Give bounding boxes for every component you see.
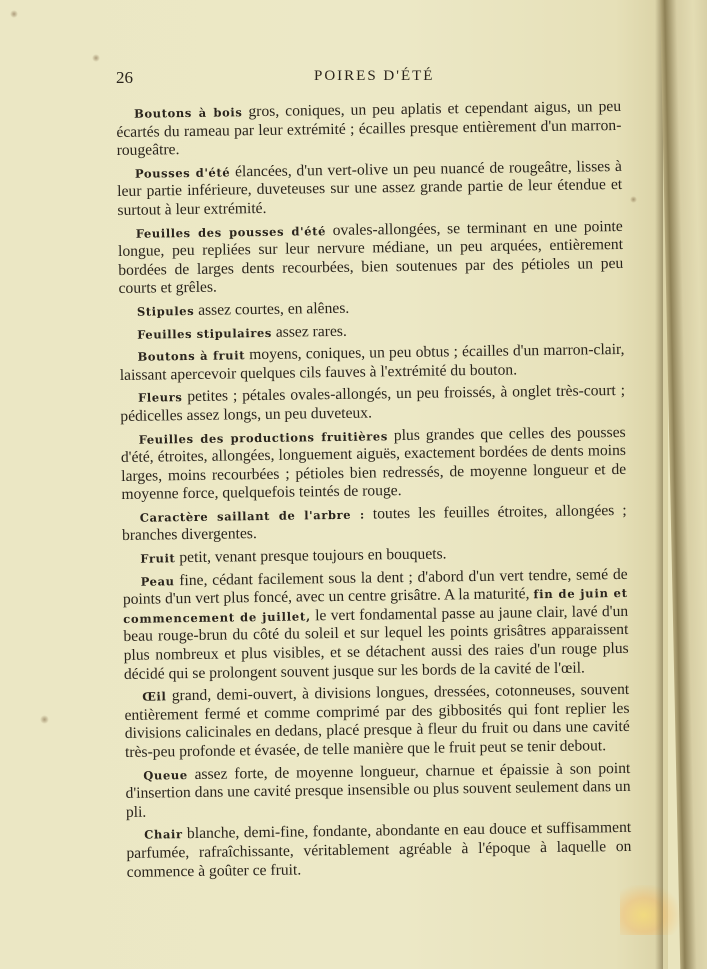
term: Chair — [144, 828, 183, 843]
paragraph-oeil: Œil grand, demi-ouvert, à divisions long… — [124, 681, 630, 762]
term: Peau — [141, 574, 175, 588]
term: Œil — [142, 690, 166, 704]
paragraph-boutons-a-fruit: Boutons à fruit moyens, coniques, un peu… — [119, 341, 624, 385]
paragraph-fleurs: Fleurs petites ; pétales ovales-allongés… — [120, 382, 625, 426]
term: Pousses d'été — [135, 165, 230, 180]
term: Boutons à bois — [134, 105, 242, 121]
foxing-spot — [630, 196, 637, 203]
paragraph-feuilles-stipulaires: Feuilles stipulaires assez rares. — [119, 318, 624, 344]
running-title: POIRES D'ÉTÉ — [314, 68, 434, 85]
description: assez rares. — [272, 322, 347, 340]
page-curl-shadow — [655, 0, 663, 969]
description: petites ; pétales ovales-allongés, un pe… — [120, 382, 625, 425]
term: Stipules — [137, 304, 195, 319]
paragraph-boutons-a-bois: Boutons à bois gros, coniques, un peu ap… — [116, 98, 622, 161]
paragraph-feuilles-des-pousses: Feuilles des pousses d'été ovales-allong… — [118, 217, 624, 298]
term: Fleurs — [138, 390, 183, 405]
term: Feuilles stipulaires — [137, 325, 272, 341]
description: grand, demi-ouvert, à divisions longues,… — [124, 681, 629, 761]
paragraph-fruit: Fruit petit, venant presque toujours en … — [122, 543, 627, 569]
paragraph-feuilles-des-productions: Feuilles des productions fruitières plus… — [121, 423, 627, 504]
page-header: 26 POIRES D'ÉTÉ — [116, 68, 636, 90]
term: Fruit — [140, 551, 175, 565]
page-number: 26 — [116, 68, 133, 88]
paragraph-caractere-saillant: Caractère saillant de l'arbre : toutes l… — [122, 502, 627, 546]
body-text: Boutons à bois gros, coniques, un peu ap… — [116, 98, 632, 886]
term: Boutons à fruit — [137, 348, 245, 364]
book-page: 26 POIRES D'ÉTÉ Boutons à bois gros, con… — [0, 0, 668, 969]
paragraph-chair: Chair blanche, demi-fine, fondante, abon… — [126, 819, 632, 882]
description: assez forte, de moyenne longueur, charnu… — [125, 759, 630, 820]
description: assez courtes, en alênes. — [194, 300, 349, 319]
description: petit, venant presque toujours en bouque… — [175, 545, 446, 566]
paragraph-queue: Queue assez forte, de moyenne longueur, … — [125, 759, 631, 822]
term: Caractère saillant de l'arbre : — [140, 507, 365, 524]
foxing-spot — [40, 715, 49, 724]
paragraph-stipules: Stipules assez courtes, en alênes. — [119, 296, 624, 322]
paragraph-pousses-d-ete: Pousses d'été élancées, d'un vert-olive … — [117, 158, 623, 221]
foxing-spot — [10, 10, 18, 18]
foxing-spot — [92, 54, 100, 62]
light-glare — [620, 885, 680, 935]
term: Queue — [143, 768, 188, 783]
term: Feuilles des productions fruitières — [139, 429, 388, 446]
paragraph-peau: Peau fine, cédant facilement sous la den… — [123, 566, 630, 685]
description: blanche, demi-fine, fondante, abondante … — [126, 819, 631, 880]
term: Feuilles des pousses d'été — [136, 224, 326, 241]
